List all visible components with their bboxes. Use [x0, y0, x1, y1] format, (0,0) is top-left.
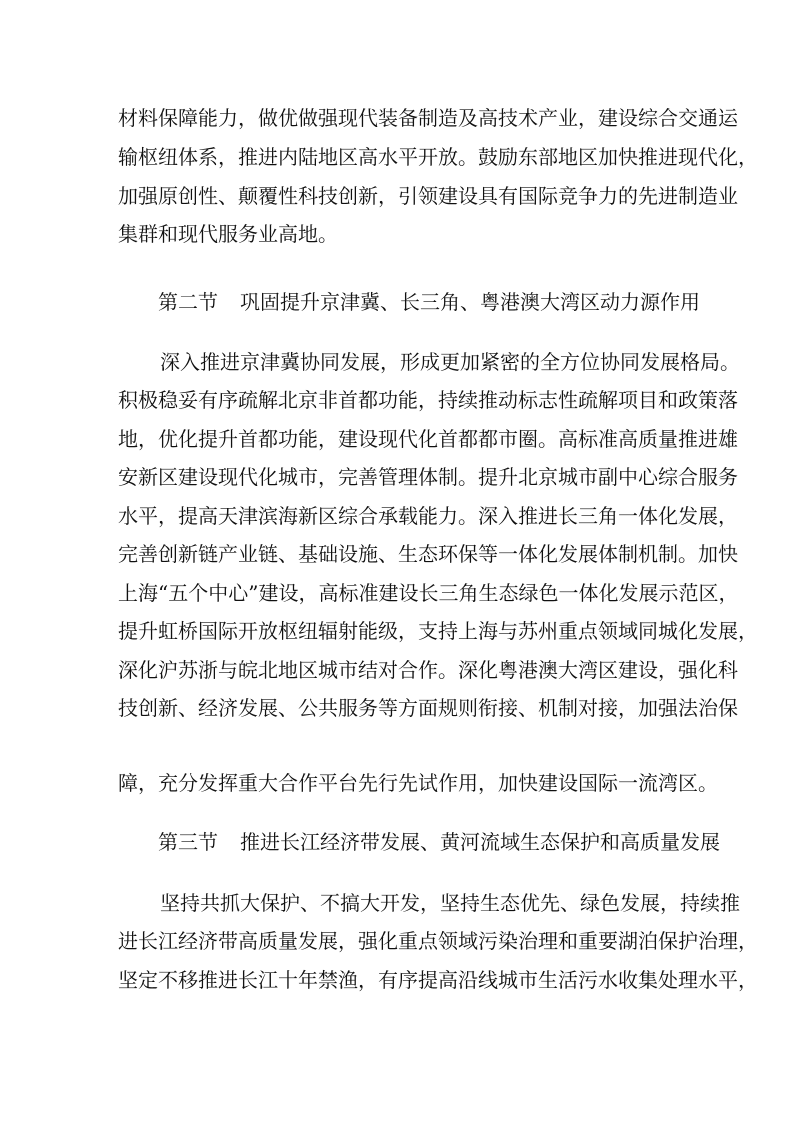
paragraph-line: 输枢纽体系，推进内陆地区高水平开放。鼓励东部地区加快推进现代化， [118, 144, 675, 170]
paragraph-line: 障，充分发挥重大合作平台先行先试作用，加快建设国际一流湾区。 [118, 770, 675, 796]
paragraph-line: 加强原创性、颠覆性科技创新，引领建设具有国际竞争力的先进制造业 [118, 183, 675, 209]
paragraph-line: 坚持共抓大保护、不搞大开发，坚持生态优先、绿色发展，持续推 [160, 890, 675, 916]
paragraph-line: 深入推进京津冀协同发展，形成更加紧密的全方位协同发展格局。 [160, 349, 675, 375]
paragraph-line: 进长江经济带高质量发展，强化重点领域污染治理和重要湖泊保护治理， [118, 928, 675, 954]
paragraph-line: 地，优化提升首都功能，建设现代化首都都市圈。高标准高质量推进雄 [118, 426, 675, 452]
paragraph-line: 积极稳妥有序疏解北京非首都功能，持续推动标志性疏解项目和政策落 [118, 387, 675, 413]
section-number: 第三节 [158, 829, 218, 855]
paragraph-line: 完善创新链产业链、基础设施、生态环保等一体化发展体制机制。加快 [118, 541, 675, 567]
paragraph-line: 安新区建设现代化城市，完善管理体制。提升北京城市副中心综合服务 [118, 464, 675, 490]
section-heading: 第二节巩固提升京津冀、长三角、粤港澳大湾区动力源作用 [158, 289, 700, 315]
section-heading: 第三节推进长江经济带发展、黄河流域生态保护和高质量发展 [158, 829, 720, 855]
paragraph-line: 水平，提高天津滨海新区综合承载能力。深入推进长三角一体化发展， [118, 503, 675, 529]
paragraph-line: 坚定不移推进长江十年禁渔，有序提高沿线城市生活污水收集处理水平， [118, 967, 675, 993]
document-page: 材料保障能力，做优做强现代装备制造及高技术产业，建设综合交通运 输枢纽体系，推进… [0, 0, 793, 1122]
section-title: 巩固提升京津冀、长三角、粤港澳大湾区动力源作用 [240, 290, 700, 314]
paragraph-line: 材料保障能力，做优做强现代装备制造及高技术产业，建设综合交通运 [118, 105, 675, 131]
paragraph-line: 上海“五个中心”建设，高标准建设长三角生态绿色一体化发展示范区， [118, 580, 675, 606]
paragraph-line: 提升虹桥国际开放枢纽辐射能级，支持上海与苏州重点领域同城化发展， [118, 618, 675, 644]
paragraph-line: 深化沪苏浙与皖北地区城市结对合作。深化粤港澳大湾区建设，强化科 [118, 657, 675, 683]
paragraph-line: 技创新、经济发展、公共服务等方面规则衔接、机制对接，加强法治保 [118, 695, 675, 721]
section-number: 第二节 [158, 289, 218, 315]
section-title: 推进长江经济带发展、黄河流域生态保护和高质量发展 [240, 830, 720, 854]
paragraph-line: 集群和现代服务业高地。 [118, 221, 675, 247]
